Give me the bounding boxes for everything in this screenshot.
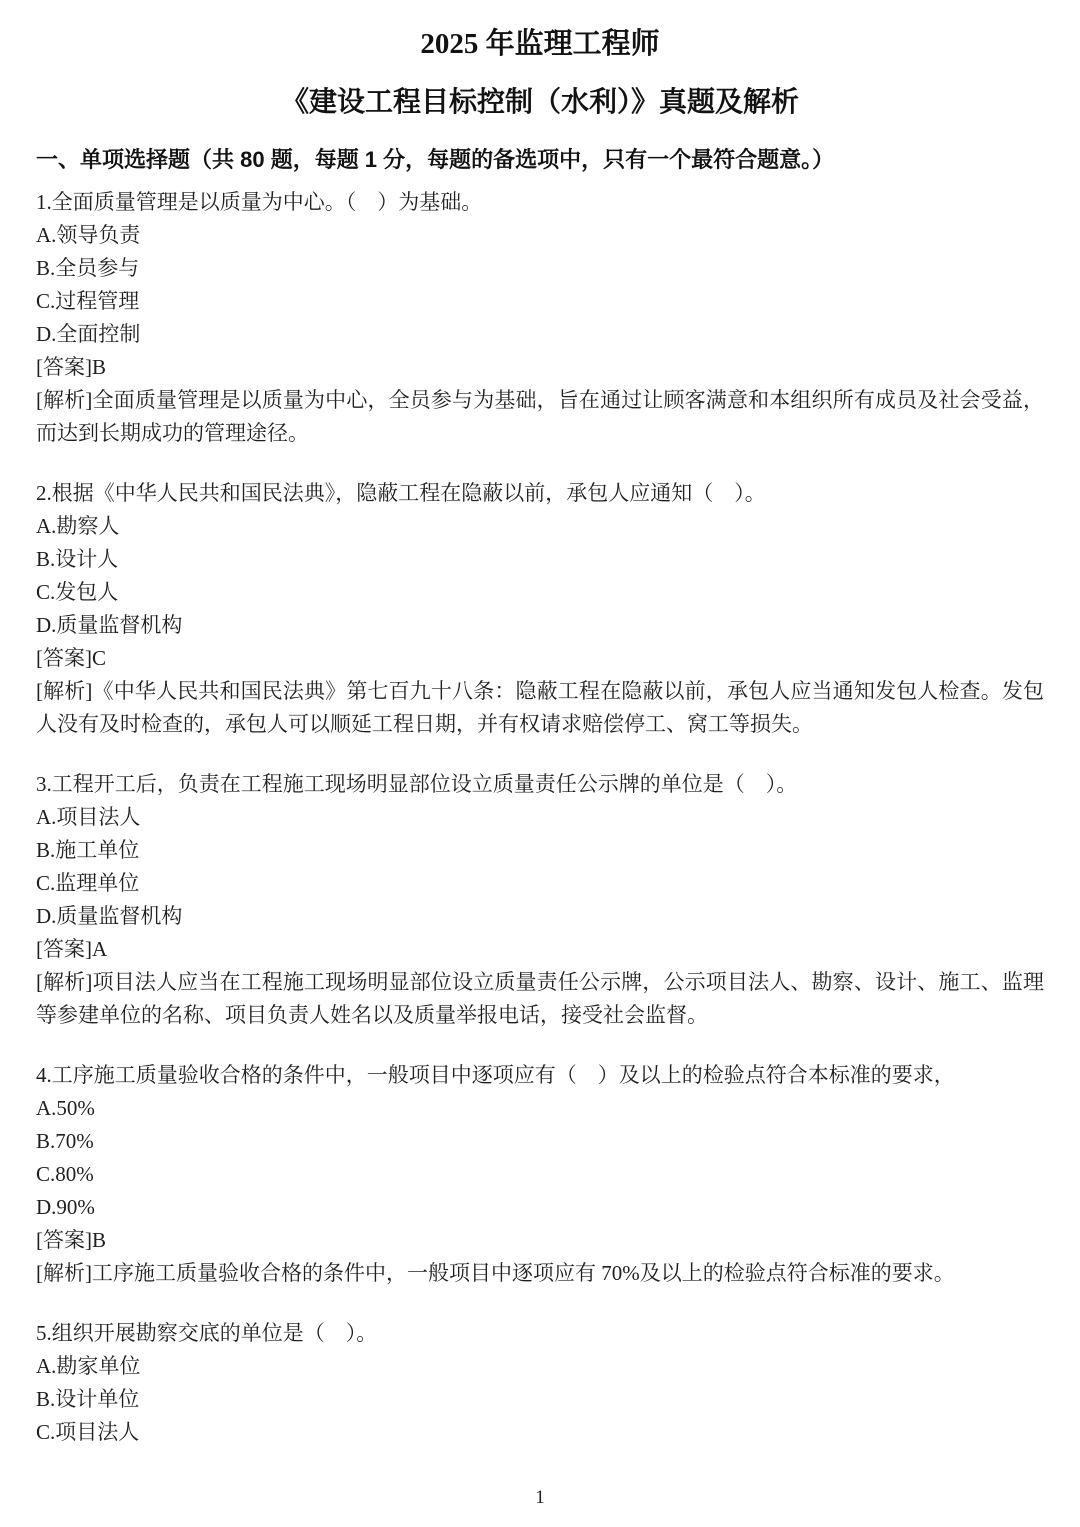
question-answer: [答案]C — [36, 642, 1044, 675]
question-options: A.50%B.70%C.80%D.90% — [36, 1092, 1044, 1224]
question-option: C.80% — [36, 1158, 1044, 1191]
question-block: 2.根据《中华人民共和国民法典》，隐蔽工程在隐蔽以前，承包人应通知（ ）。 A.… — [36, 477, 1044, 741]
questions-list: 1.全面质量管理是以质量为中心。（ ）为基础。 A.领导负责B.全员参与C.过程… — [36, 186, 1044, 1449]
question-block: 5.组织开展勘察交底的单位是（ ）。 A.勘家单位B.设计单位C.项目法人 — [36, 1317, 1044, 1449]
question-option: B.70% — [36, 1125, 1044, 1158]
question-option: B.全员参与 — [36, 252, 1044, 285]
question-stem: 1.全面质量管理是以质量为中心。（ ）为基础。 — [36, 186, 1044, 219]
document-title-line2: 《建设工程目标控制（水利）》真题及解析 — [36, 85, 1044, 121]
question-options: A.项目法人B.施工单位C.监理单位D.质量监督机构 — [36, 801, 1044, 933]
question-analysis: [解析]项目法人应当在工程施工现场明显部位设立质量责任公示牌，公示项目法人、勘察… — [36, 966, 1044, 1032]
question-answer: [答案]B — [36, 351, 1044, 384]
question-option: A.勘家单位 — [36, 1350, 1044, 1383]
question-stem: 3.工程开工后，负责在工程施工现场明显部位设立质量责任公示牌的单位是（ ）。 — [36, 768, 1044, 801]
question-option: A.勘察人 — [36, 510, 1044, 543]
question-block: 4.工序施工质量验收合格的条件中，一般项目中逐项应有（ ）及以上的检验点符合本标… — [36, 1059, 1044, 1290]
question-option: A.50% — [36, 1092, 1044, 1125]
question-option: D.质量监督机构 — [36, 900, 1044, 933]
question-option: D.全面控制 — [36, 318, 1044, 351]
question-option: D.90% — [36, 1191, 1044, 1224]
question-analysis: [解析]《中华人民共和国民法典》第七百九十八条：隐蔽工程在隐蔽以前，承包人应当通… — [36, 675, 1044, 741]
question-option: C.过程管理 — [36, 285, 1044, 318]
document-title-line1: 2025 年监理工程师 — [36, 26, 1044, 62]
question-stem: 2.根据《中华人民共和国民法典》，隐蔽工程在隐蔽以前，承包人应通知（ ）。 — [36, 477, 1044, 510]
question-options: A.领导负责B.全员参与C.过程管理D.全面控制 — [36, 219, 1044, 351]
question-analysis: [解析]工序施工质量验收合格的条件中，一般项目中逐项应有 70%及以上的检验点符… — [36, 1257, 1044, 1290]
question-options: A.勘家单位B.设计单位C.项目法人 — [36, 1350, 1044, 1449]
question-answer: [答案]B — [36, 1224, 1044, 1257]
section-heading: 一、单项选择题（共 80 题，每题 1 分，每题的备选项中，只有一个最符合题意。… — [36, 145, 1044, 175]
question-option: D.质量监督机构 — [36, 609, 1044, 642]
question-option: C.发包人 — [36, 576, 1044, 609]
question-option: C.监理单位 — [36, 867, 1044, 900]
question-block: 3.工程开工后，负责在工程施工现场明显部位设立质量责任公示牌的单位是（ ）。 A… — [36, 768, 1044, 1032]
question-option: C.项目法人 — [36, 1416, 1044, 1449]
question-option: A.领导负责 — [36, 219, 1044, 252]
question-options: A.勘察人B.设计人C.发包人D.质量监督机构 — [36, 510, 1044, 642]
question-stem: 5.组织开展勘察交底的单位是（ ）。 — [36, 1317, 1044, 1350]
document-page: 2025 年监理工程师 《建设工程目标控制（水利）》真题及解析 一、单项选择题（… — [0, 0, 1080, 1527]
question-option: B.设计人 — [36, 543, 1044, 576]
question-block: 1.全面质量管理是以质量为中心。（ ）为基础。 A.领导负责B.全员参与C.过程… — [36, 186, 1044, 450]
question-answer: [答案]A — [36, 933, 1044, 966]
question-option: B.施工单位 — [36, 834, 1044, 867]
question-stem: 4.工序施工质量验收合格的条件中，一般项目中逐项应有（ ）及以上的检验点符合本标… — [36, 1059, 1044, 1092]
question-analysis: [解析]全面质量管理是以质量为中心，全员参与为基础，旨在通过让顾客满意和本组织所… — [36, 384, 1044, 450]
page-number: 1 — [0, 1487, 1080, 1509]
question-option: B.设计单位 — [36, 1383, 1044, 1416]
question-option: A.项目法人 — [36, 801, 1044, 834]
